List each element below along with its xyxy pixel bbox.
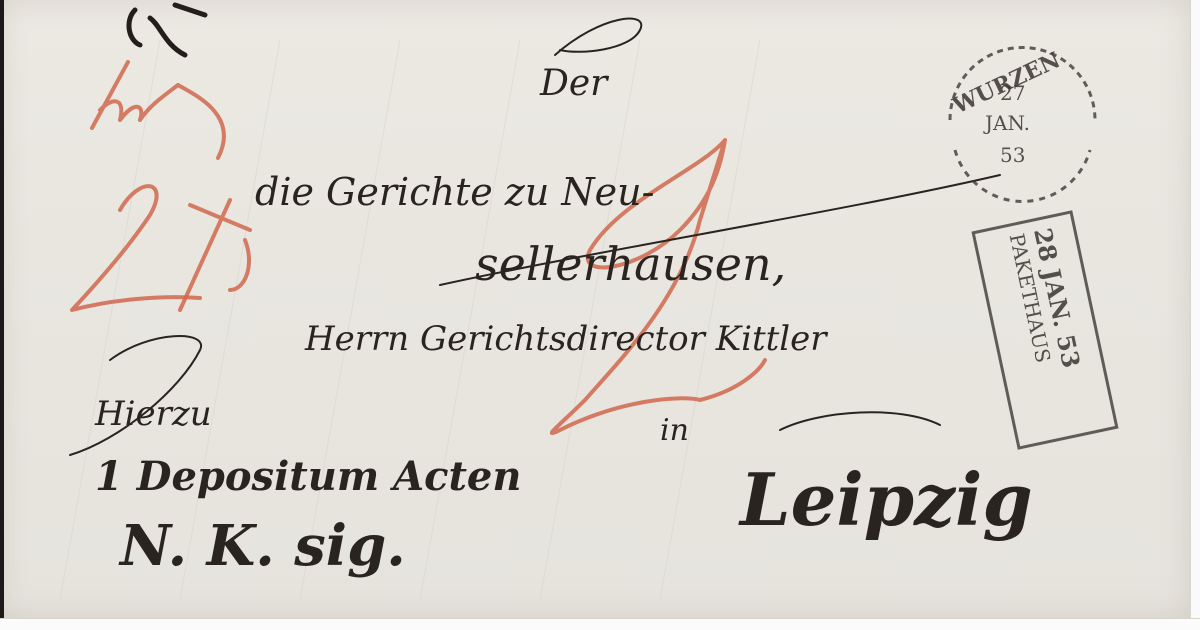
flourish-leipzig [780, 412, 940, 430]
address-line-5: in [660, 413, 689, 448]
red-mark-frey [92, 62, 224, 158]
corner-mark [129, 5, 205, 55]
postmark-arrival-box: PAKETHAUS 28 JAN. 53 [973, 212, 1117, 448]
flourish-der [555, 19, 641, 55]
postmark-year: 53 [1000, 143, 1025, 167]
red-fee-mark-left [72, 186, 250, 310]
postmark-wurzen: WURZEN 27 JAN. 53 [948, 47, 1095, 201]
address-city: Leipzig [738, 457, 1033, 542]
address-line-1: Der [539, 63, 609, 104]
address-line-4: Herrn Gerichtsdirector Kittler [304, 319, 828, 359]
sender-line-1: Hierzu [94, 394, 212, 434]
sender-note: Hierzu 1 Depositum Acten N. K. sig. [70, 336, 521, 579]
address-line-2: die Gerichte zu Neu- [255, 170, 654, 214]
postmark-month: JAN. [983, 111, 1030, 135]
envelope-markings: Der die Gerichte zu Neu- sellerhausen, H… [0, 0, 1200, 630]
address-line-3: sellerhausen, [475, 237, 786, 291]
sender-line-2: 1 Depositum Acten [95, 453, 521, 500]
sender-line-3: N. K. sig. [118, 513, 406, 579]
postmark-day: 27 [1000, 81, 1025, 105]
